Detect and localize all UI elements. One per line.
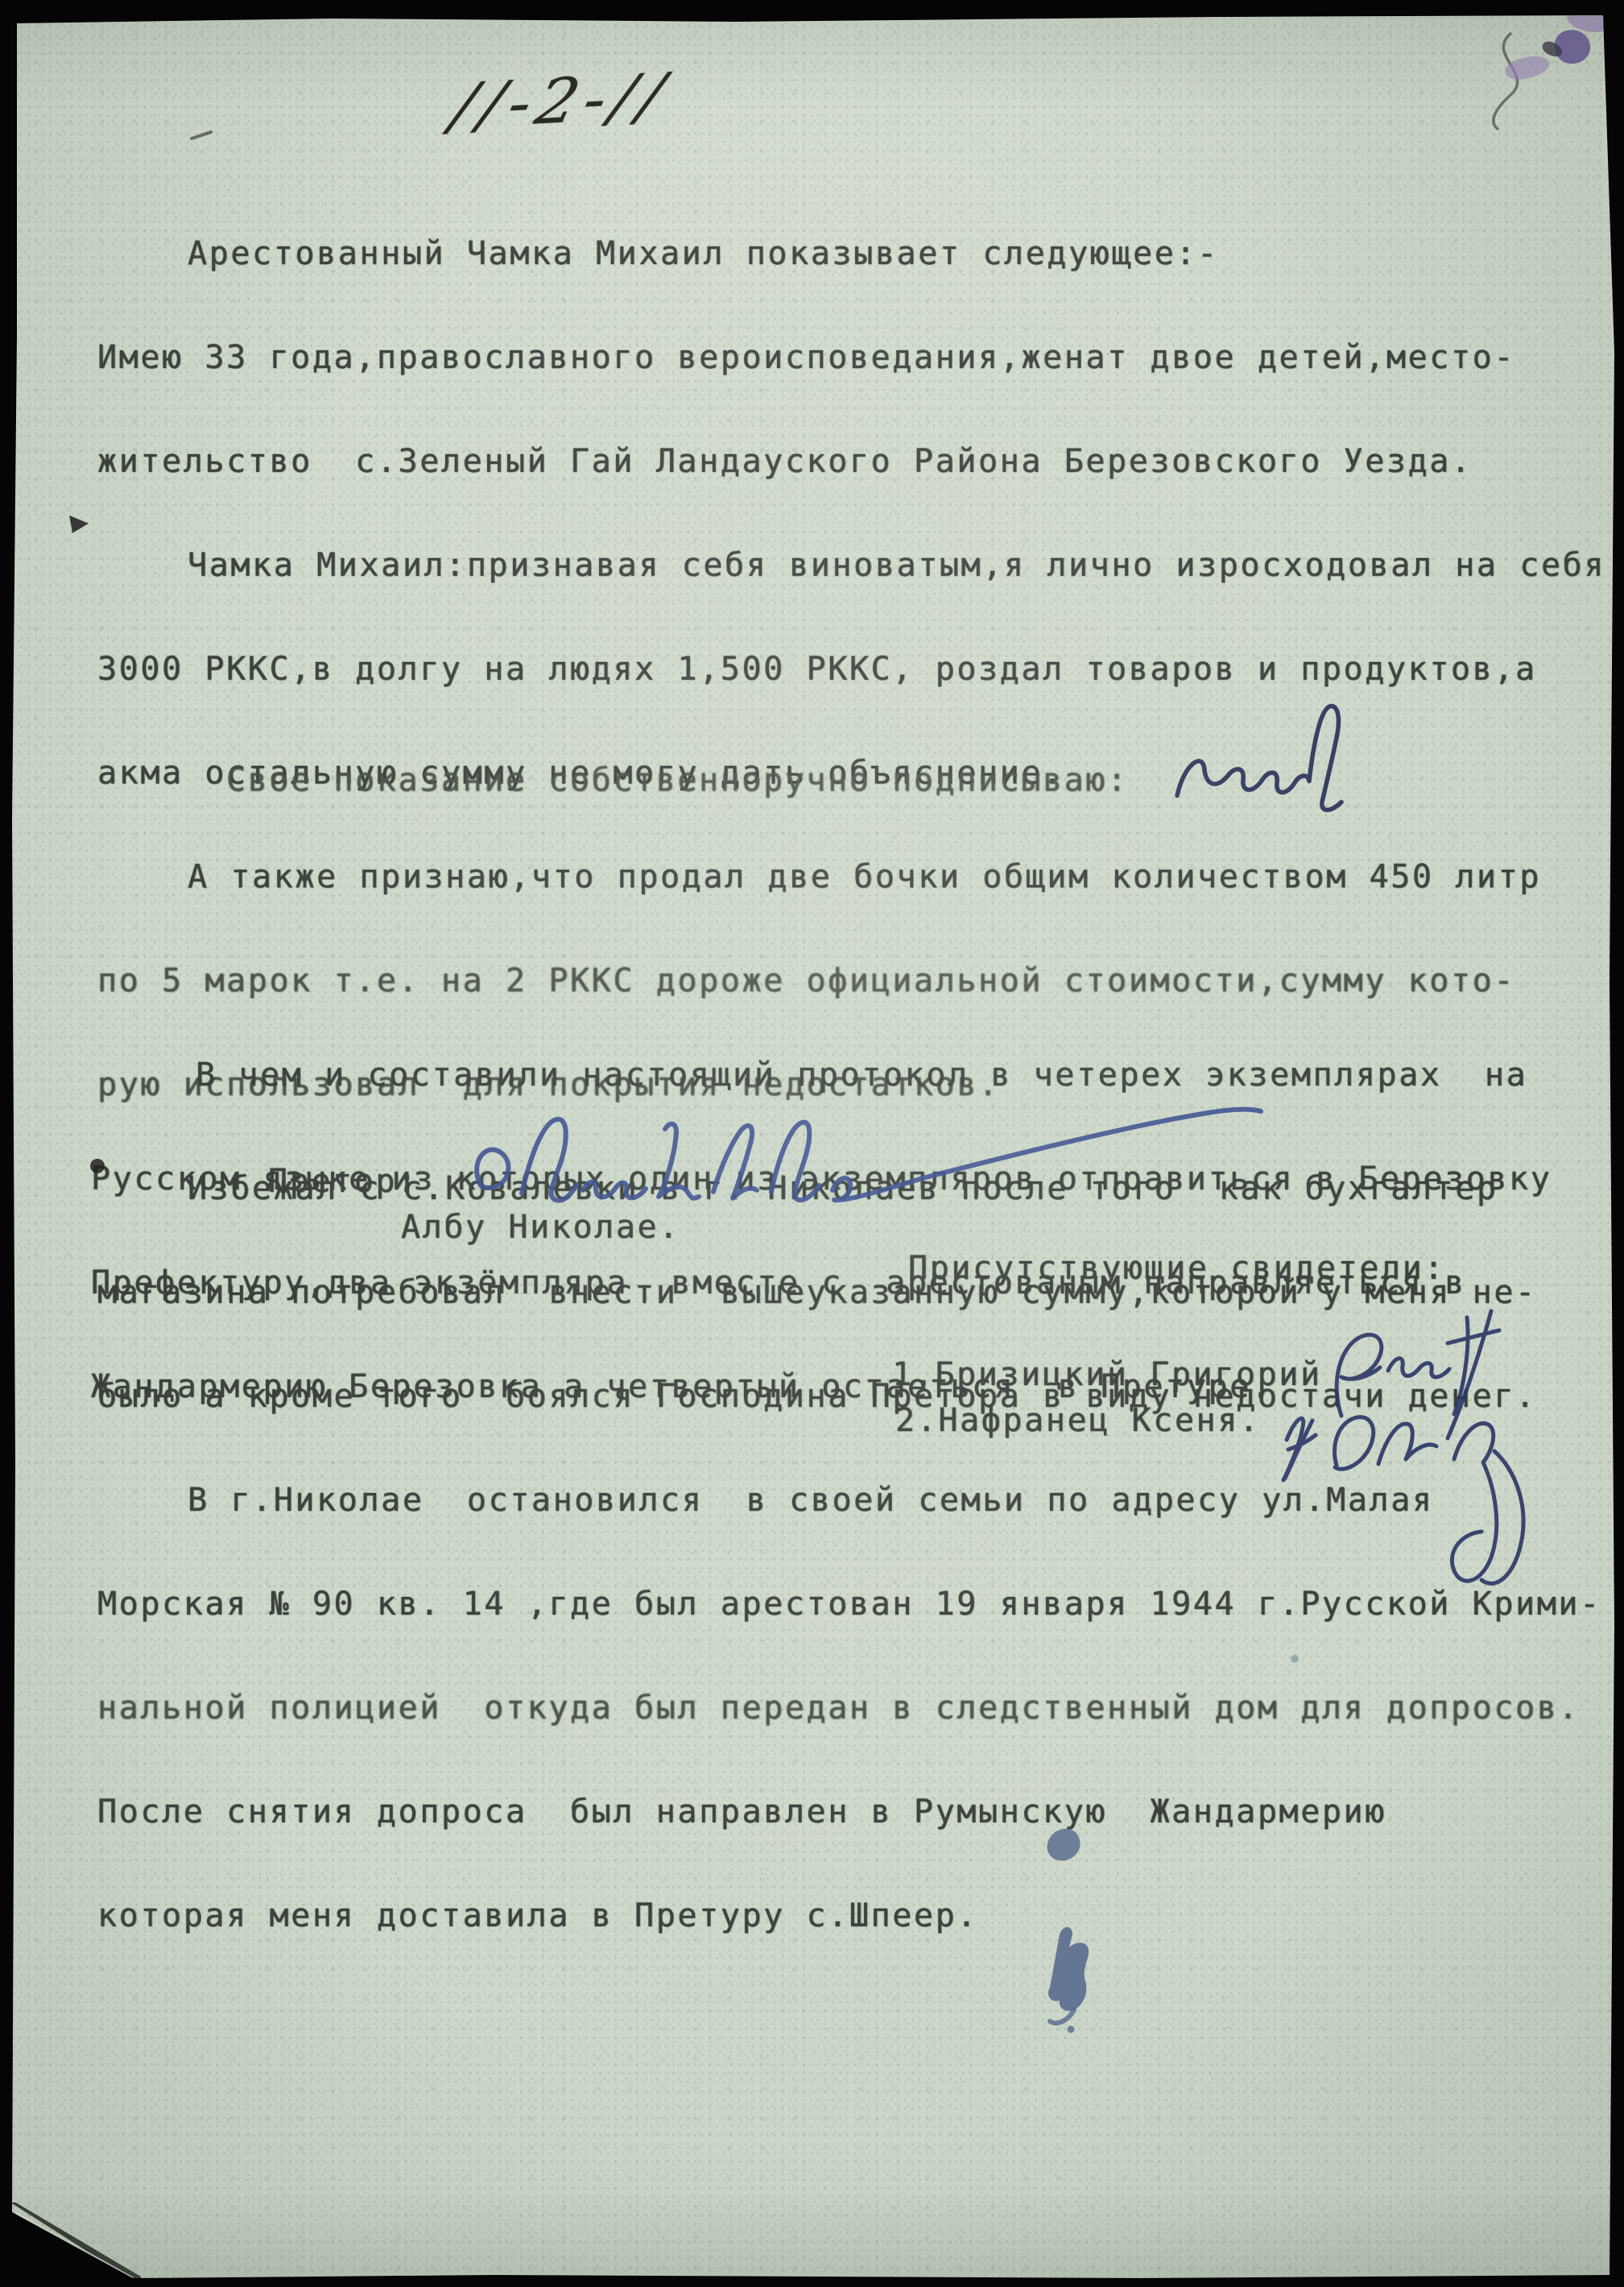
testimony-line: Имею 33 года,православного вероисповедан…	[97, 341, 1605, 375]
testimony-line: А также признаю,что продал две бочки общ…	[97, 860, 1605, 895]
testimony-line: жительство с.Зеленый Гай Ландауского Рай…	[97, 445, 1605, 479]
testimony-line: Морская № 90 кв. 14 ,где был арестован 1…	[97, 1587, 1605, 1622]
fold-shadow	[10, 2202, 141, 2280]
pencil-mark	[1494, 34, 1518, 129]
witness-1-name: 1.Бризицкий Григорий	[892, 1358, 1322, 1392]
testimony-line: В г.Николае остановился в своей семьи по…	[97, 1483, 1605, 1518]
pretor-name: Албу Николае.	[401, 1210, 680, 1245]
ink-blot-curl	[1050, 2010, 1074, 2023]
scanned-document-page: //-2-// Арестованный Чамка Михаил показы…	[0, 0, 1624, 2287]
witness-2-name: 2.Нафранец Ксеня.	[895, 1404, 1261, 1438]
closing-line: В чем и составили настоящий протокол в ч…	[91, 1058, 1552, 1093]
pretor-label: Претор:	[268, 1164, 419, 1199]
attestation-line: Свое показание собственноручно подписыва…	[226, 763, 1129, 798]
paper-sheet: //-2-// Арестованный Чамка Михаил показы…	[10, 14, 1616, 2280]
ink-dot	[1068, 2026, 1075, 2033]
testimony-line: Арестованный Чамка Михаил показывает сле…	[97, 237, 1605, 271]
page-number-handwritten: //-2-//	[445, 60, 677, 143]
testimony-line: Чамка Михаил:признавая себя виноватым,я …	[97, 548, 1605, 583]
testimony-line: После снятия допроса был направлен в Рум…	[97, 1795, 1605, 1830]
closing-text-block: В чем и составили настоящий протокол в ч…	[91, 989, 1552, 1474]
purple-smudge	[1503, 52, 1552, 84]
testimony-line: нальной полицией откуда был передан в сл…	[97, 1691, 1605, 1726]
pencil-dash	[192, 132, 211, 139]
testimony-line: которая меня доставила в Претуру с.Шпеер…	[97, 1899, 1605, 1933]
margin-wedge	[69, 515, 89, 533]
witnesses-label: Присутствующие свидетели:	[908, 1251, 1445, 1286]
testimony-line: 3000 РККС,в долгу на людях 1,500 РККС, р…	[97, 652, 1605, 687]
closing-line: Жандармерию Березовка а четвертый остает…	[91, 1370, 1552, 1404]
